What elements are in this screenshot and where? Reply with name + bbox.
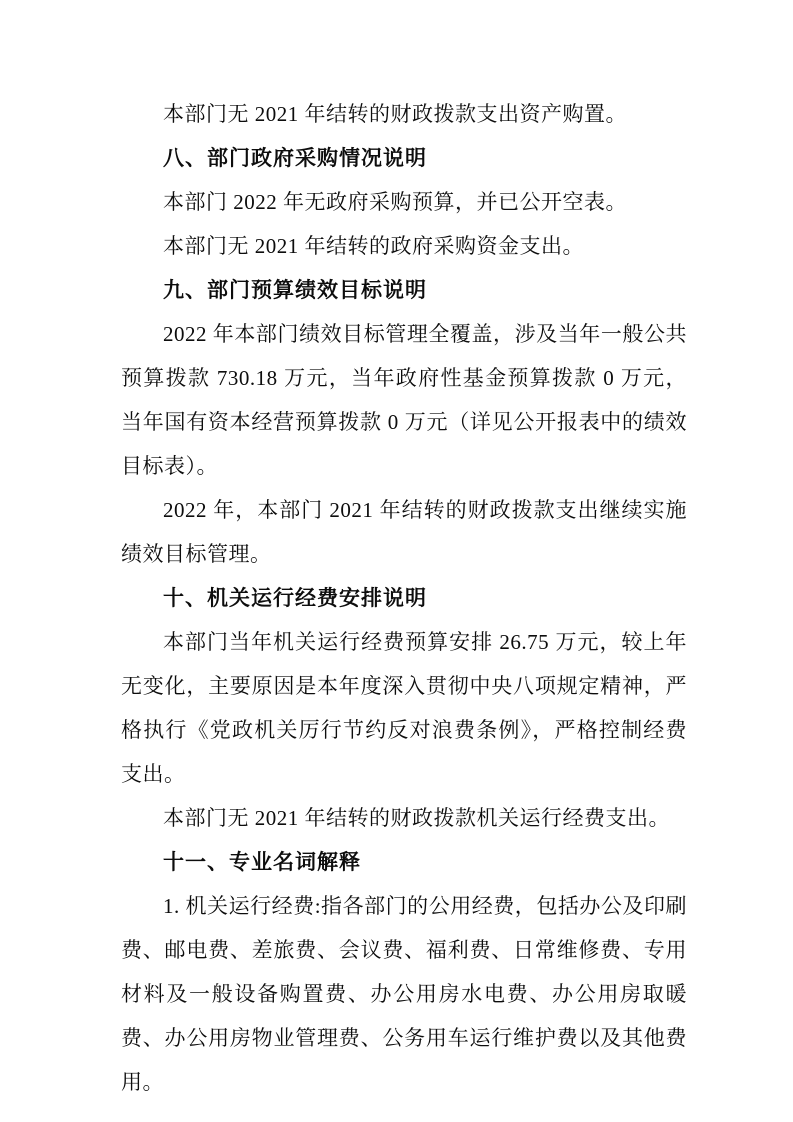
document-page: 本部门无 2021 年结转的财政拨款支出资产购置。 八、部门政府采购情况说明 本… <box>0 0 793 1122</box>
section-heading-viii-gov-procurement: 八、部门政府采购情况说明 <box>121 136 687 180</box>
paragraph-no-2021-operating-expense: 本部门无 2021 年结转的财政拨款机关运行经费支出。 <box>121 796 687 840</box>
paragraph-operating-expense-budget: 本部门当年机关运行经费预算安排 26.75 万元，较上年无变化，主要原因是本年度… <box>121 620 687 796</box>
section-heading-xi-glossary: 十一、专业名词解释 <box>121 840 687 884</box>
paragraph-no-2021-procurement-funds: 本部门无 2021 年结转的政府采购资金支出。 <box>121 224 687 268</box>
paragraph-glossary-operating-expense: 1. 机关运行经费:指各部门的公用经费，包括办公及印刷费、邮电费、差旅费、会议费… <box>121 884 687 1104</box>
paragraph-performance-goal-coverage: 2022 年本部门绩效目标管理全覆盖，涉及当年一般公共预算拨款 730.18 万… <box>121 312 687 488</box>
document-body: 本部门无 2021 年结转的财政拨款支出资产购置。 八、部门政府采购情况说明 本… <box>121 92 687 1104</box>
paragraph-2022-no-procurement-budget: 本部门 2022 年无政府采购预算，并已公开空表。 <box>121 180 687 224</box>
paragraph-no-2021-asset-purchase: 本部门无 2021 年结转的财政拨款支出资产购置。 <box>121 92 687 136</box>
paragraph-2021-carryover-performance: 2022 年，本部门 2021 年结转的财政拨款支出继续实施绩效目标管理。 <box>121 488 687 576</box>
section-heading-x-operating-expenses: 十、机关运行经费安排说明 <box>121 576 687 620</box>
section-heading-ix-performance-goals: 九、部门预算绩效目标说明 <box>121 268 687 312</box>
